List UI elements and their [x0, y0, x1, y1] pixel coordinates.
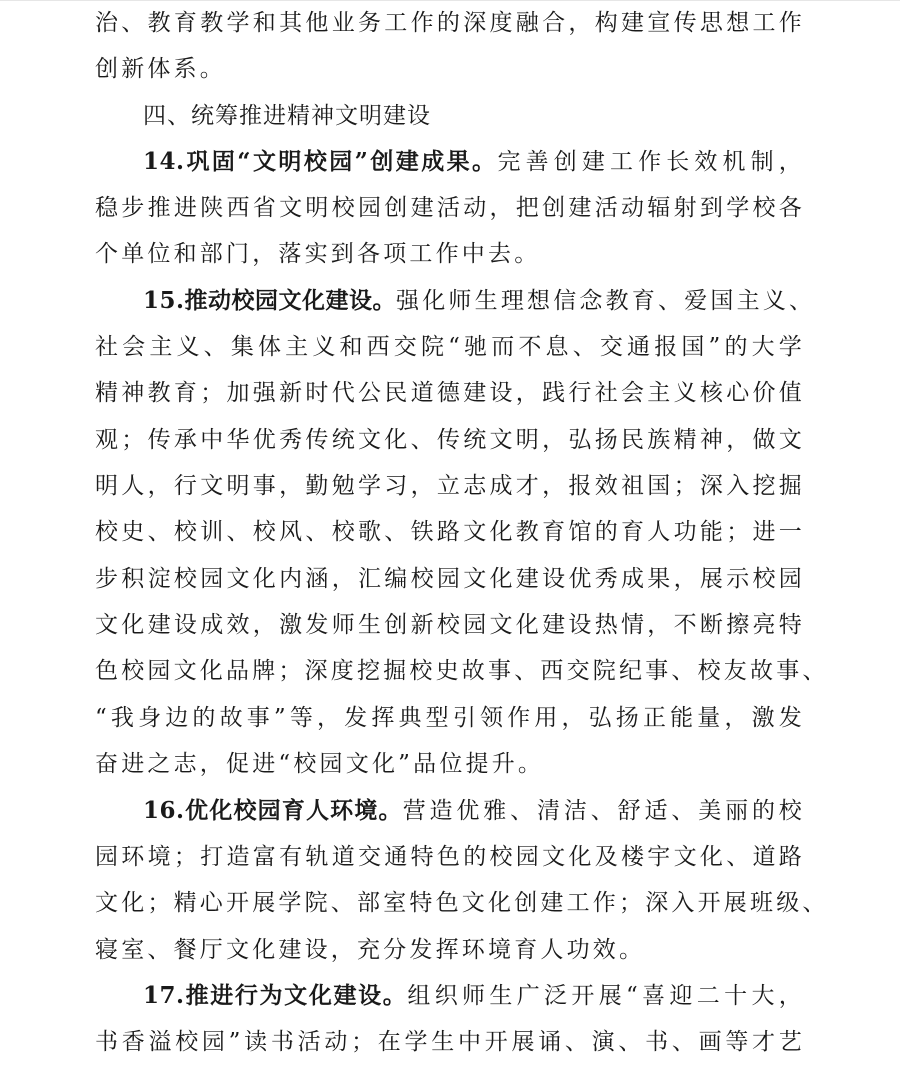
- item-16-first-line: 16.优化校园育人环境。营造优雅、清洁、舒适、美丽的校: [95, 788, 805, 834]
- text-line: 园环境；打造富有轨道交通特色的校园文化及楼宇文化、道路: [95, 834, 805, 880]
- text-line: 文化；精心开展学院、部室特色文化创建工作；深入开展班级、: [95, 880, 805, 926]
- text-line: 书香溢校园”读书活动；在学生中开展诵、演、书、画等才艺: [95, 1019, 805, 1050]
- text-line: 稳步推进陕西省文明校园创建活动，把创建活动辐射到学校各: [95, 185, 805, 231]
- text-line: 社会主义、集体主义和西交院“驰而不息、交通报国”的大学: [95, 324, 805, 370]
- text-line: 步积淀校园文化内涵，汇编校园文化建设优秀成果，展示校园: [95, 556, 805, 602]
- item-14-first-line: 14.巩固“文明校园”创建成果。完善创建工作长效机制，: [95, 139, 805, 185]
- text-line: 观；传承中华优秀传统文化、传统文明，弘扬民族精神，做文: [95, 417, 805, 463]
- item-16-text: 营造优雅、清洁、舒适、美丽的校: [403, 798, 805, 824]
- item-17-first-line: 17.推进行为文化建设。组织师生广泛开展“喜迎二十大，: [95, 973, 805, 1019]
- item-14-text: 完善创建工作长效机制，: [498, 149, 806, 175]
- text-line: 文化建设成效，激发师生创新校园文化建设热情，不断擦亮特: [95, 602, 805, 648]
- section-heading: 四、统筹推进精神文明建设: [95, 93, 805, 139]
- text-line: 寝室、餐厅文化建设，充分发挥环境育人功效。: [95, 927, 805, 973]
- text-line: 精神教育；加强新时代公民道德建设，践行社会主义核心价值: [95, 370, 805, 416]
- text-line: 治、教育教学和其他业务工作的深度融合，构建宣传思想工作: [95, 0, 805, 46]
- text-line: 校史、校训、校风、校歌、铁路文化教育馆的育人功能；进一: [95, 509, 805, 555]
- item-15-text: 强化师生理想信念教育、爱国主义、: [396, 288, 815, 314]
- text-line: 色校园文化品牌；深度挖掘校史故事、西交院纪事、校友故事、: [95, 648, 805, 694]
- item-17-text: 组织师生广泛开展“喜迎二十大，: [407, 983, 805, 1009]
- item-15-first-line: 15.推动校园文化建设。强化师生理想信念教育、爱国主义、: [95, 278, 805, 324]
- text-line: “我身边的故事”等，发挥典型引领作用，弘扬正能量，激发: [95, 695, 805, 741]
- text-line: 奋进之志，促进“校园文化”品位提升。: [95, 741, 805, 787]
- item-17-title: 17.推进行为文化建设。: [143, 982, 407, 1009]
- item-15-title: 15.推动校园文化建设。: [143, 287, 396, 314]
- text-line: 明人，行文明事，勤勉学习，立志成才，报效祖国；深入挖掘: [95, 463, 805, 509]
- text-line: 创新体系。: [95, 46, 805, 92]
- text-line: 个单位和部门，落实到各项工作中去。: [95, 231, 805, 277]
- item-14-title: 14.巩固“文明校园”创建成果。: [143, 148, 498, 175]
- item-16-title: 16.优化校园育人环境。: [143, 797, 403, 824]
